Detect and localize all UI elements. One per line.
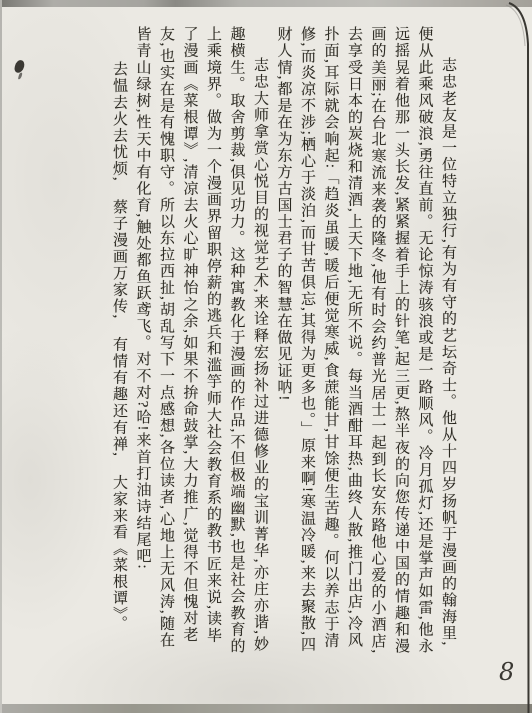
paragraph-1: 志忠老友是一位特立独行,有为有守的艺坛奇士。他从十四岁扬帆于漫画的翰海里,便从此…	[271, 26, 459, 660]
scanned-book-page: 志忠老友是一位特立独行,有为有守的艺坛奇士。他从十四岁扬帆于漫画的翰海里,便从此…	[0, 0, 532, 713]
preface-text: 志忠老友是一位特立独行,有为有守的艺坛奇士。他从十四岁扬帆于漫画的翰海里,便从此…	[107, 26, 460, 660]
paragraph-2: 志忠大师拿赏心悦目的视觉艺术,来诠释宏扬补过进德修业的宝训菁华,亦庄亦谐,妙趣横…	[130, 26, 271, 660]
page-number: 8	[499, 658, 514, 686]
poem-paragraph: 去愠去火去忧烦, 蔡子漫画万家传, 有情有趣还有禅, 大家来看《菜根谭》。	[107, 26, 131, 660]
